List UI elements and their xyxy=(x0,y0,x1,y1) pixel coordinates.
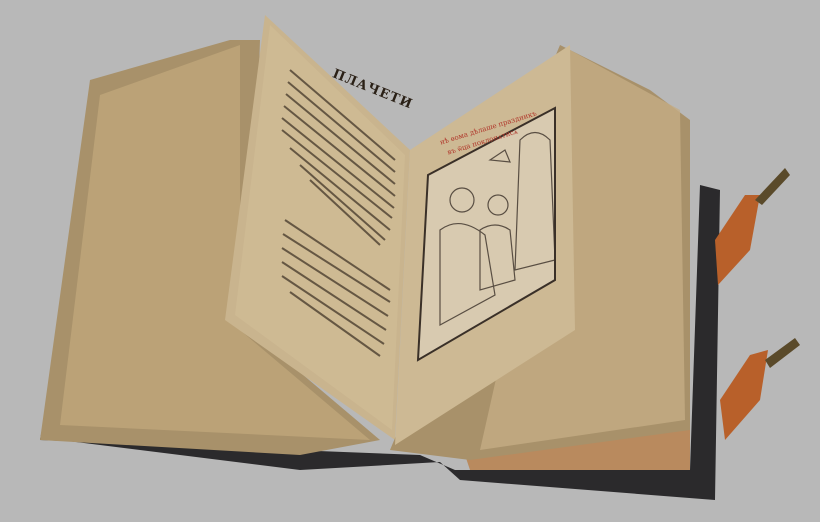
open-book-illustration xyxy=(0,0,820,522)
book-photo: ПЛАЧЕТИ нѣ ѳома дѣлаше праздникъ въ ѿца … xyxy=(0,0,820,522)
upper-clasp xyxy=(715,195,760,285)
lower-clasp xyxy=(720,350,768,440)
